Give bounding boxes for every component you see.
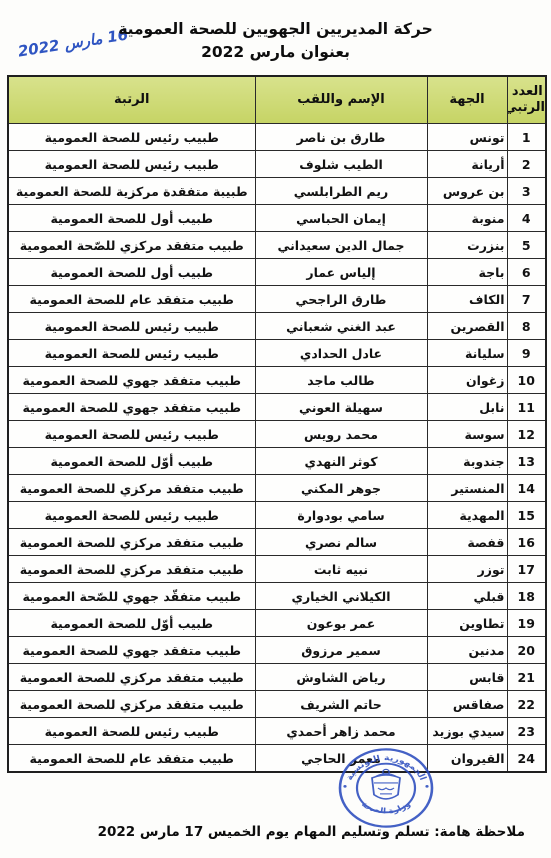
table-row: 1تونسطارق بن ناصرطبيب رئيس للصحة العمومي… [8,124,546,151]
table-row: 5بنزرتجمال الدين سعيدانيطبيب متفقد مركزي… [8,232,546,259]
cell-region: تونس [427,124,507,151]
table-header: العدد الرتبي الجهة الإسم واللقب الرتبة [8,76,546,124]
cell-ordinal-number: 6 [507,259,546,286]
cell-name-surname: طارق الراجحي [255,286,427,313]
table-row: 19تطاوينعمر بوعونطبيب أوّل للصحة العمومي… [8,610,546,637]
cell-region: جندوبة [427,448,507,475]
cell-ordinal-number: 9 [507,340,546,367]
title-line-1: حركة المديريين الجهويين للصحة العمومية [0,18,551,41]
cell-ordinal-number: 3 [507,178,546,205]
cell-region: توزر [427,556,507,583]
header-row: العدد الرتبي الجهة الإسم واللقب الرتبة [8,76,546,124]
cell-rank: طبيب متفقد مركزي للصحة العمومية [8,529,255,556]
cell-ordinal-number: 12 [507,421,546,448]
cell-rank: طبيب متفقد مركزي للصّحة العمومية [8,232,255,259]
cell-region: زغوان [427,367,507,394]
table-row: 15المهديةسامي بودوارةطبيب رئيس للصحة الع… [8,502,546,529]
cell-region: بن عروس [427,178,507,205]
cell-rank: طبيب أول للصحة العمومية [8,259,255,286]
cell-rank: طبيب متفقد جهوي للصحة العمومية [8,367,255,394]
cell-ordinal-number: 14 [507,475,546,502]
cell-name-surname: سامي بودوارة [255,502,427,529]
table-body: 1تونسطارق بن ناصرطبيب رئيس للصحة العمومي… [8,124,546,773]
cell-ordinal-number: 11 [507,394,546,421]
cell-rank: طبيب رئيس للصحة العمومية [8,151,255,178]
table-row: 6باجةإلياس عمارطبيب أول للصحة العمومية [8,259,546,286]
cell-name-surname: رياض الشاوش [255,664,427,691]
cell-rank: طبيب متفقد مركزي للصحة العمومية [8,475,255,502]
cell-name-surname: حاتم الشريف [255,691,427,718]
cell-region: سليانة [427,340,507,367]
cell-ordinal-number: 2 [507,151,546,178]
table-row: 22صفاقسحاتم الشريفطبيب متفقد مركزي للصحة… [8,691,546,718]
cell-ordinal-number: 21 [507,664,546,691]
cell-region: نابل [427,394,507,421]
cell-ordinal-number: 7 [507,286,546,313]
cell-name-surname: محمد رويس [255,421,427,448]
cell-region: سيدي بوزيد [427,718,507,745]
cell-region: منوبة [427,205,507,232]
table-row: 14المنستيرجوهر المكنيطبيب متفقد مركزي لل… [8,475,546,502]
cell-rank: طبيب أوّل للصحة العمومية [8,448,255,475]
cell-ordinal-number: 1 [507,124,546,151]
cell-region: صفاقس [427,691,507,718]
cell-rank: طبيب رئيس للصحة العمومية [8,124,255,151]
header-name-surname: الإسم واللقب [255,76,427,124]
cell-ordinal-number: 22 [507,691,546,718]
cell-rank: طبيب متفقد مركزي للصحة العمومية [8,664,255,691]
cell-ordinal-number: 23 [507,718,546,745]
cell-name-surname: ريم الطرابلسي [255,178,427,205]
cell-name-surname: سمير مرزوق [255,637,427,664]
title-line-2: بعنوان مارس 2022 [0,41,551,64]
table-row: 12سوسةمحمد رويسطبيب رئيس للصحة العمومية [8,421,546,448]
cell-name-surname: عمر بوعون [255,610,427,637]
cell-name-surname: طارق بن ناصر [255,124,427,151]
cell-name-surname: إيمان الحباسي [255,205,427,232]
table-row: 7الكافطارق الراجحيطبيب متفقد عام للصحة ا… [8,286,546,313]
cell-name-surname: سالم نصري [255,529,427,556]
table-row: 2أريانةالطيب شلوفطبيب رئيس للصحة العمومي… [8,151,546,178]
table-row: 13جندوبةكوثر النهديطبيب أوّل للصحة العمو… [8,448,546,475]
cell-ordinal-number: 10 [507,367,546,394]
cell-rank: طبيب رئيس للصحة العمومية [8,718,255,745]
cell-region: قفصة [427,529,507,556]
cell-rank: طبيب متفقد عام للصحة العمومية [8,745,255,773]
cell-name-surname: نبيه ثابت [255,556,427,583]
header-rank: الرتبة [8,76,255,124]
cell-ordinal-number: 20 [507,637,546,664]
cell-region: باجة [427,259,507,286]
cell-name-surname: طالب ماجد [255,367,427,394]
cell-rank: طبيب أول للصحة العمومية [8,205,255,232]
header-region: الجهة [427,76,507,124]
cell-name-surname: الطيب شلوف [255,151,427,178]
cell-name-surname: الكيلاني الخياري [255,583,427,610]
cell-ordinal-number: 5 [507,232,546,259]
svg-text:وزارة الصحة: وزارة الصحة [360,799,413,815]
table-row: 24القيروانمعمر الحاجيطبيب متفقد عام للصح… [8,745,546,773]
cell-ordinal-number: 4 [507,205,546,232]
table-row: 21قابسرياض الشاوشطبيب متفقد مركزي للصحة … [8,664,546,691]
cell-name-surname: جوهر المكني [255,475,427,502]
cell-region: مدنين [427,637,507,664]
cell-region: القصرين [427,313,507,340]
table-row: 20مدنينسمير مرزوقطبيب متفقد جهوي للصحة ا… [8,637,546,664]
cell-ordinal-number: 19 [507,610,546,637]
cell-rank: طبيب رئيس للصحة العمومية [8,313,255,340]
cell-region: بنزرت [427,232,507,259]
cell-rank: طبيب رئيس للصحة العمومية [8,502,255,529]
cell-region: القيروان [427,745,507,773]
table-row: 17توزرنبيه ثابتطبيب متفقد مركزي للصحة ال… [8,556,546,583]
table-row: 4منوبةإيمان الحباسيطبيب أول للصحة العموم… [8,205,546,232]
cell-ordinal-number: 15 [507,502,546,529]
cell-ordinal-number: 18 [507,583,546,610]
cell-rank: طبيب متفقد جهوي للصحة العمومية [8,394,255,421]
cell-name-surname: سهيلة العوني [255,394,427,421]
table-row: 8القصرينعبد الغني شعبانيطبيب رئيس للصحة … [8,313,546,340]
table-row: 16قفصةسالم نصريطبيب متفقد مركزي للصحة ال… [8,529,546,556]
cell-region: المهدية [427,502,507,529]
cell-name-surname: إلياس عمار [255,259,427,286]
document-title: حركة المديريين الجهويين للصحة العمومية ب… [0,18,551,65]
cell-region: المنستير [427,475,507,502]
directors-table: العدد الرتبي الجهة الإسم واللقب الرتبة 1… [7,75,547,773]
cell-name-surname: جمال الدين سعيداني [255,232,427,259]
cell-rank: طبيب رئيس للصحة العمومية [8,421,255,448]
stamp-bottom-text-path: وزارة الصحة [360,799,413,815]
cell-rank: طبيب متفقد عام للصحة العمومية [8,286,255,313]
cell-ordinal-number: 17 [507,556,546,583]
cell-rank: طبيب رئيس للصحة العمومية [8,340,255,367]
cell-region: سوسة [427,421,507,448]
cell-ordinal-number: 16 [507,529,546,556]
cell-region: الكاف [427,286,507,313]
cell-rank: طبيب متفقد مركزي للصحة العمومية [8,691,255,718]
cell-name-surname: عادل الحدادي [255,340,427,367]
table-row: 11نابلسهيلة العونيطبيب متفقد جهوي للصحة … [8,394,546,421]
document-page: { "page": { "title_line1": "حركة المديري… [0,0,551,858]
cell-name-surname: كوثر النهدي [255,448,427,475]
cell-rank: طبيب متفقد مركزي للصحة العمومية [8,556,255,583]
table-row: 18قبليالكيلاني الخياريطبيب متفقّد جهوي ل… [8,583,546,610]
cell-ordinal-number: 8 [507,313,546,340]
official-stamp: الجمهورية التونسية وزارة الصحة [336,746,436,830]
cell-region: قابس [427,664,507,691]
cell-region: أريانة [427,151,507,178]
cell-rank: طبيبة متفقدة مركزية للصحة العمومية [8,178,255,205]
footer-note: ملاحظة هامة: تسلم وتسليم المهام يوم الخم… [98,824,525,840]
table-row: 23سيدي بوزيدمحمد زاهر أحمديطبيب رئيس للص… [8,718,546,745]
header-ordinal-number: العدد الرتبي [507,76,546,124]
cell-ordinal-number: 24 [507,745,546,773]
cell-rank: طبيب متفقد جهوي للصحة العمومية [8,637,255,664]
cell-rank: طبيب متفقّد جهوي للصّحة العمومية [8,583,255,610]
cell-ordinal-number: 13 [507,448,546,475]
table-row: 9سليانةعادل الحداديطبيب رئيس للصحة العمو… [8,340,546,367]
cell-region: تطاوين [427,610,507,637]
table-row: 3بن عروسريم الطرابلسيطبيبة متفقدة مركزية… [8,178,546,205]
cell-region: قبلي [427,583,507,610]
table-row: 10زغوانطالب ماجدطبيب متفقد جهوي للصحة ال… [8,367,546,394]
cell-rank: طبيب أوّل للصحة العمومية [8,610,255,637]
cell-name-surname: محمد زاهر أحمدي [255,718,427,745]
coat-of-arms-icon [372,769,400,799]
cell-name-surname: عبد الغني شعباني [255,313,427,340]
